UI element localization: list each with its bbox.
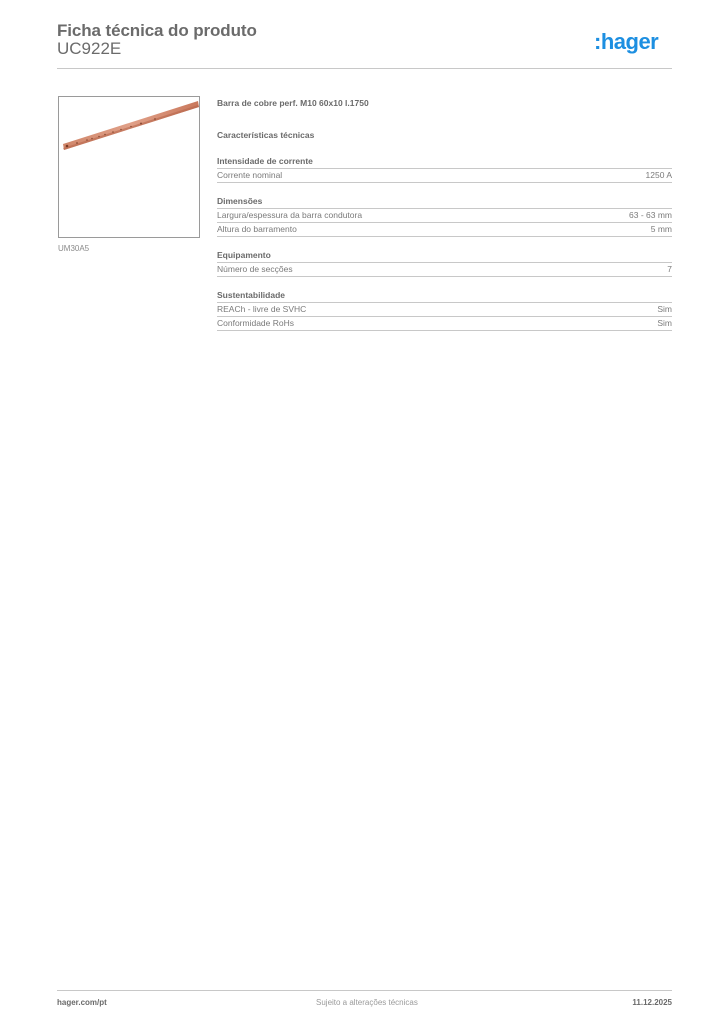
group-title: Sustentabilidade (217, 289, 672, 303)
image-caption: UM30A5 (58, 244, 89, 253)
header-divider (57, 68, 672, 69)
spec-label: Corrente nominal (217, 169, 282, 181)
spec-label: Conformidade RoHs (217, 317, 294, 329)
spec-row: Corrente nominal 1250 A (217, 169, 672, 183)
product-code: UC922E (57, 39, 121, 59)
spec-value: 7 (667, 263, 672, 275)
footer-notice: Sujeito a alterações técnicas (316, 998, 418, 1007)
product-image (58, 96, 200, 238)
spec-row: Largura/espessura da barra condutora 63 … (217, 209, 672, 223)
copper-busbar-icon (59, 97, 200, 238)
spec-value: 1250 A (646, 169, 672, 181)
spec-label: Altura do barramento (217, 223, 297, 235)
spec-label: Largura/espessura da barra condutora (217, 209, 362, 221)
group-title: Dimensões (217, 195, 672, 209)
spec-label: Número de secções (217, 263, 293, 275)
spec-row: Número de secções 7 (217, 263, 672, 277)
group-title: Equipamento (217, 249, 672, 263)
spec-sheet: Barra de cobre perf. M10 60x10 l.1750 Ca… (217, 97, 672, 331)
spec-group-sustainability: Sustentabilidade REACh - livre de SVHC S… (217, 289, 672, 331)
footer-divider (57, 990, 672, 991)
hager-logo: :hager (594, 29, 658, 55)
spec-group-dimensions: Dimensões Largura/espessura da barra con… (217, 195, 672, 237)
spec-group-equipment: Equipamento Número de secções 7 (217, 249, 672, 277)
spec-value: Sim (657, 317, 672, 329)
spec-row: Altura do barramento 5 mm (217, 223, 672, 237)
spec-value: 63 - 63 mm (629, 209, 672, 221)
spec-row: REACh - livre de SVHC Sim (217, 303, 672, 317)
section-title: Características técnicas (217, 129, 672, 141)
spec-value: 5 mm (651, 223, 672, 235)
product-name: Barra de cobre perf. M10 60x10 l.1750 (217, 97, 672, 109)
spec-group-current: Intensidade de corrente Corrente nominal… (217, 155, 672, 183)
group-title: Intensidade de corrente (217, 155, 672, 169)
spec-value: Sim (657, 303, 672, 315)
spec-label: REACh - livre de SVHC (217, 303, 306, 315)
spec-row: Conformidade RoHs Sim (217, 317, 672, 331)
footer-website-link[interactable]: hager.com/pt (57, 998, 107, 1007)
footer-date: 11.12.2025 (632, 998, 672, 1007)
document-title: Ficha técnica do produto (57, 21, 257, 41)
